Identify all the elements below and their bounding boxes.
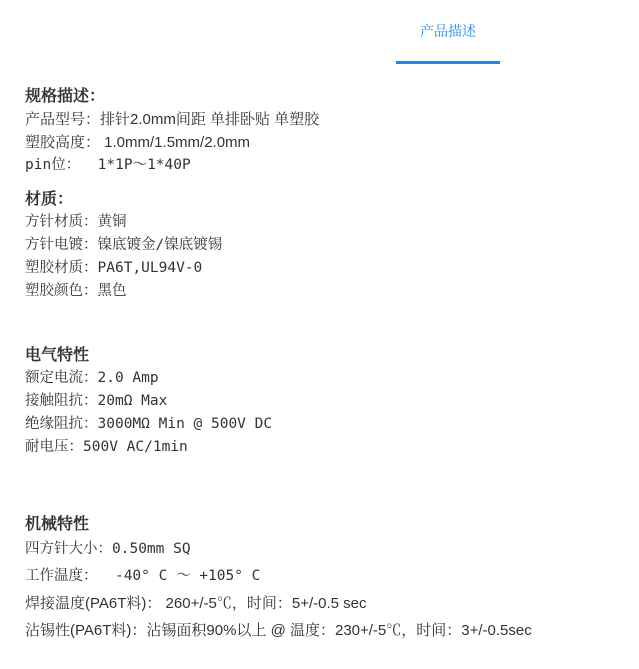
mechanical-line-pin-size: 四方针大小：0.50mm SQ — [25, 536, 619, 563]
tab-bar: 产品描述 — [0, 0, 639, 64]
mechanical-line-operating-temperature: 工作温度： -40° C ～ +105° C — [25, 563, 619, 590]
spec-line-model: 产品型号：排针2.0mm间距 单排卧贴 单塑胶 — [25, 108, 619, 131]
material-line-pin-material: 方针材质：黄铜 — [25, 211, 619, 234]
section-electrical: 电气特性 额定电流：2.0 Amp 接触阻抗：20mΩ Max 绝缘阻抗：300… — [25, 345, 619, 459]
section-title-electrical: 电气特性 — [25, 345, 619, 367]
tab-product-description[interactable]: 产品描述 — [396, 0, 500, 64]
section-material: 材质： 方针材质：黄铜 方针电镀：镍底镀金/镍底镀锡 塑胶材质：PA6T,UL9… — [25, 189, 619, 303]
mechanical-line-soldering-temperature: 焊接温度(PA6T料)： 260+/-5℃，时间：5+/-0.5 sec — [25, 590, 619, 617]
content-area: 规格描述： 产品型号：排针2.0mm间距 单排卧贴 单塑胶 塑胶高度： 1.0m… — [0, 86, 639, 644]
tab-product-description-label: 产品描述 — [420, 21, 476, 41]
spec-line-plastic-height: 塑胶高度： 1.0mm/1.5mm/2.0mm — [25, 131, 619, 154]
mechanical-line-solderability: 沾锡性(PA6T料)：沾锡面积90%以上 @ 温度：230+/-5℃，时间：3+… — [25, 617, 619, 644]
electrical-line-insulation-resistance: 绝缘阻抗：3000MΩ Min @ 500V DC — [25, 413, 619, 436]
material-line-plastic-material: 塑胶材质：PA6T,UL94V-0 — [25, 257, 619, 280]
product-description-page: 产品描述 规格描述： 产品型号：排针2.0mm间距 单排卧贴 单塑胶 塑胶高度：… — [0, 0, 639, 644]
spec-line-pin-count: pin位： 1*1P～1*40P — [25, 154, 619, 177]
electrical-line-contact-resistance: 接触阻抗：20mΩ Max — [25, 390, 619, 413]
electrical-line-rated-current: 额定电流：2.0 Amp — [25, 367, 619, 390]
material-line-plastic-color: 塑胶颜色：黑色 — [25, 280, 619, 303]
section-title-mechanical: 机械特性 — [25, 514, 619, 536]
section-mechanical: 机械特性 四方针大小：0.50mm SQ 工作温度： -40° C ～ +105… — [25, 514, 619, 644]
section-specs: 规格描述： 产品型号：排针2.0mm间距 单排卧贴 单塑胶 塑胶高度： 1.0m… — [25, 86, 619, 177]
section-title-material: 材质： — [25, 189, 619, 211]
material-line-pin-plating: 方针电镀：镍底镀金/镍底镀锡 — [25, 234, 619, 257]
electrical-line-withstand-voltage: 耐电压：500V AC/1min — [25, 436, 619, 459]
section-title-specs: 规格描述： — [25, 86, 619, 108]
